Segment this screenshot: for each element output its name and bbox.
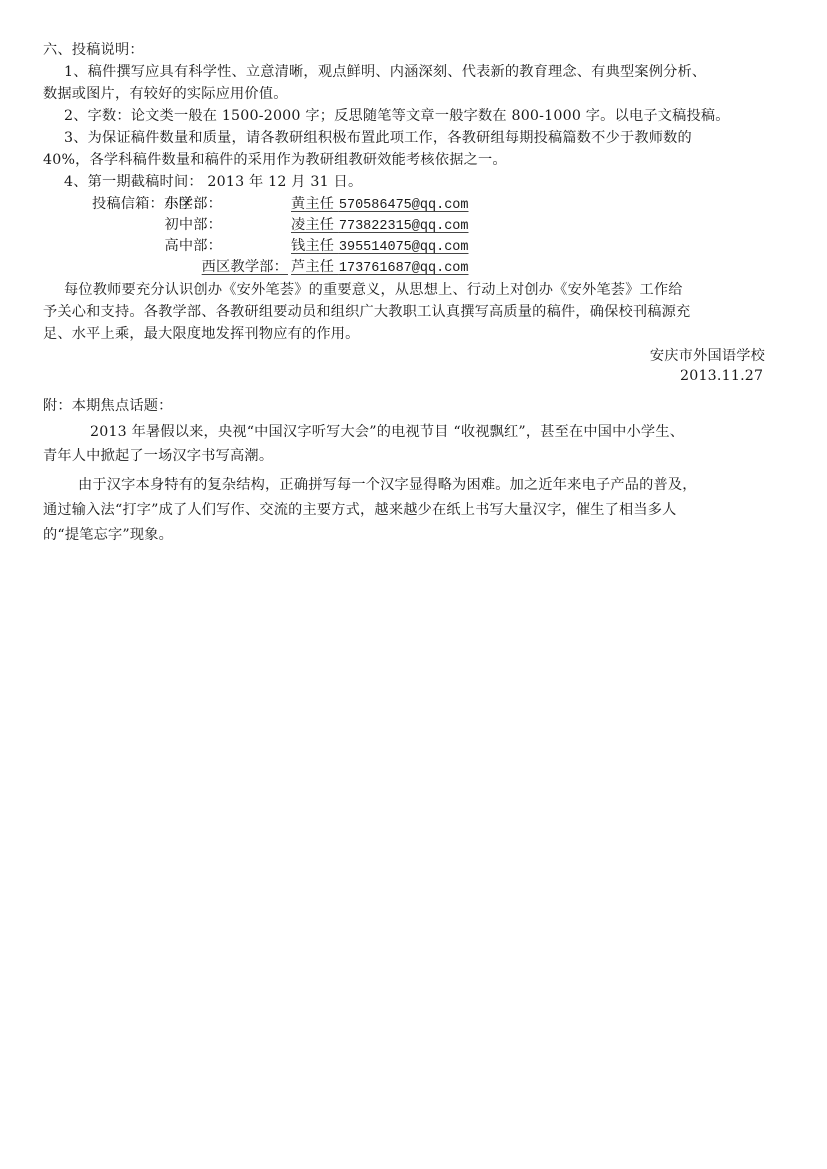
item1-line2: 数据或图片，有较好的实际应用价值。 [43,84,288,104]
mailbox-contact-west[interactable]: 芦主任 173761687@qq.com [291,257,469,279]
mailbox-dept-senior: 高中部： [164,236,222,256]
contact-name: 黄主任 [291,196,339,212]
email-link[interactable]: 173761687@qq.com [339,261,469,276]
appendix-p2-line1: 由于汉字本身特有的复杂结构，正确拼写每一个汉字显得略为困难。加之近年来电子产品的… [78,475,697,495]
appeal-line1: 每位教师要充分认识创办《安外笔荟》的重要意义，从思想上、行动上对创办《安外笔荟》… [64,280,683,300]
email-link[interactable]: 395514075@qq.com [339,240,469,255]
contact-name: 凌主任 [291,217,339,233]
item3-line1: 3、为保证稿件数量和质量，请各教研组积极布置此项工作，各教研组每期投稿篇数不少于… [64,128,692,148]
appendix-heading: 附：本期焦点话题： [43,396,173,416]
appendix-p1-line2: 青年人中掀起了一场汉字书写高潮。 [43,446,273,466]
mailbox-contact-junior[interactable]: 凌主任 773822315@qq.com [291,215,469,237]
signature-date: 2013.11.27 [680,366,763,386]
mailbox-dept-junior: 初中部： [164,215,222,235]
mailbox-contact-senior[interactable]: 钱主任 395514075@qq.com [291,236,469,258]
item2-prefix: 2、字数：论文类一般在 [64,108,222,124]
appendix-p2-line2: 通过输入法“打字”成了人们写作、交流的主要方式，越来越少在纸上书写大量汉字，催生… [43,500,677,520]
mailbox-contact-primary[interactable]: 黄主任 570586475@qq.com [291,194,469,216]
item2-suffix: 字。以电子文稿投稿。 [581,108,730,124]
item2-mid: 字；反思随笔等文章一般字数在 [301,108,512,124]
signature-org: 安庆市外国语学校 [650,346,765,366]
appendix-p2-line3: 的“提笔忘字”现象。 [43,525,173,545]
section-heading: 六、投稿说明： [43,40,144,60]
email-link[interactable]: 570586475@qq.com [339,198,469,213]
mailbox-dept-west: 西区教学部： [202,257,288,277]
item4-deadline: 4、第一期截稿时间： 2013 年 12 月 31 日。 [64,172,362,192]
item3-line2: 40%，各学科稿件数量和稿件的采用作为教研组教研效能考核依据之一。 [43,150,507,170]
contact-name: 芦主任 [291,259,339,275]
item2-line: 2、字数：论文类一般在 1500-2000 字；反思随笔等文章一般字数在 800… [64,106,730,126]
appendix-p1-line1: 2013 年暑假以来，央视“中国汉字听写大会”的电视节目 “收视飘红”，甚至在中… [90,422,684,442]
item2-num2: 800-1000 [511,108,581,124]
contact-name: 钱主任 [291,238,339,254]
appeal-line2: 予关心和支持。各教学部、各教研组要动员和组织广大教职工认真撰写高质量的稿件，确保… [43,302,690,322]
email-link[interactable]: 773822315@qq.com [339,219,469,234]
item1-line1: 1、稿件撰写应具有科学性、立意清晰，观点鲜明、内涵深刻、代表新的教育理念、有典型… [64,62,706,82]
mailbox-dept-primary: 小学部： [164,194,222,214]
appeal-line3: 足、水平上乘，最大限度地发挥刊物应有的作用。 [43,324,360,344]
item2-num1: 1500-2000 [222,108,301,124]
